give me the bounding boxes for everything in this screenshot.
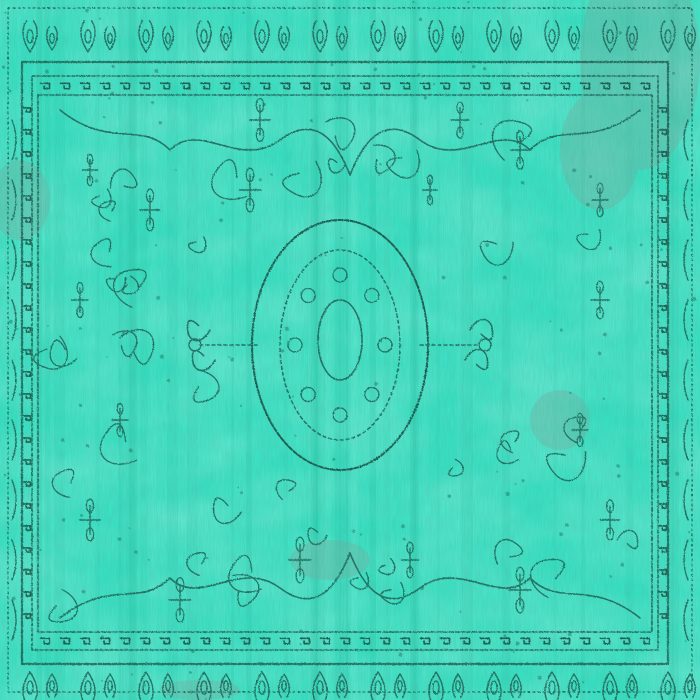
rug-image xyxy=(0,0,700,700)
